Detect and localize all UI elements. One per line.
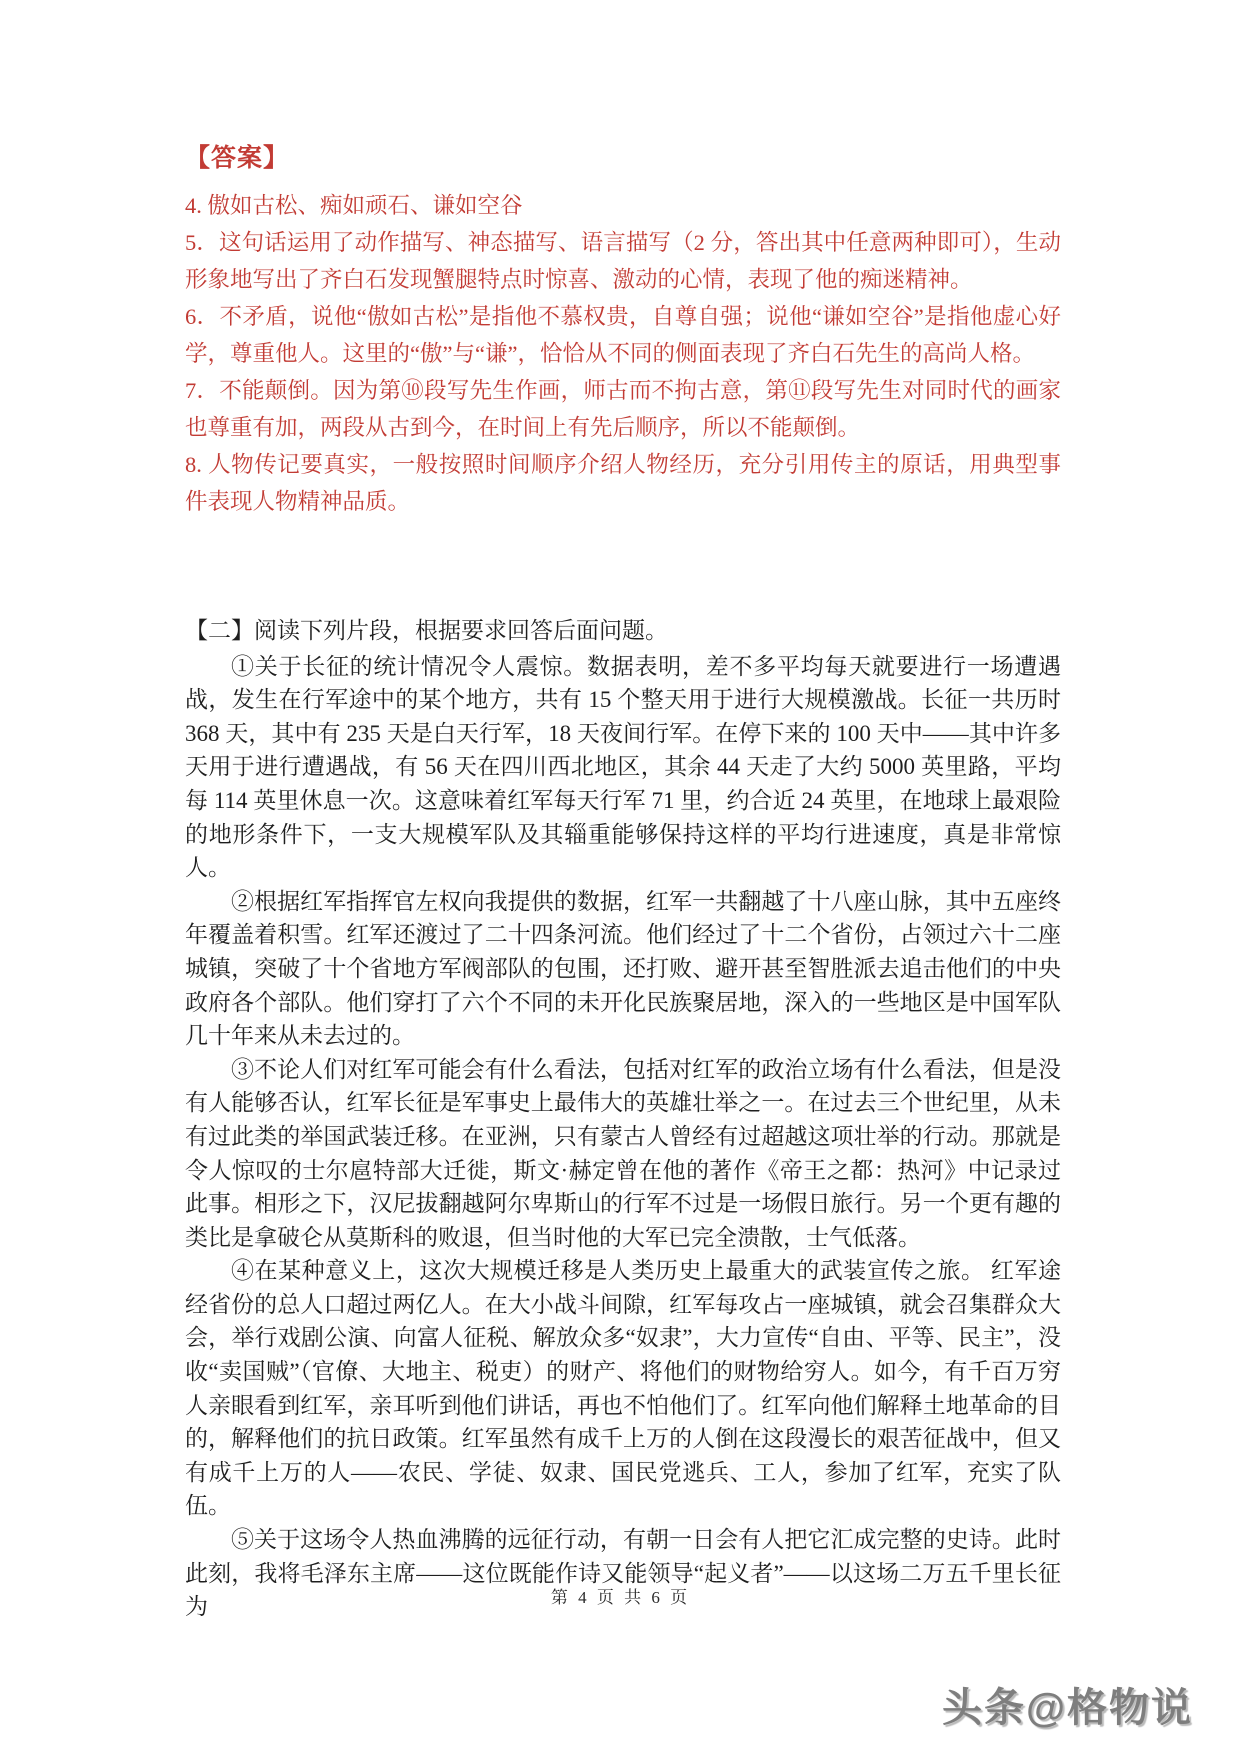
page-footer: 第 4 页 共 6 页	[0, 1583, 1241, 1608]
answers-heading: 【答案】	[185, 140, 1061, 177]
reading-paragraph-5: ⑤关于这场令人热血沸腾的远征行动，有朝一日会有人把它汇成完整的史诗。此时此刻，我…	[185, 1523, 1061, 1624]
answer-item-6: 6．不矛盾，说他“傲如古松”是指他不慕权贵，自尊自强；说他“谦如空谷”是指他虚心…	[185, 298, 1061, 372]
reading-section: 【二】阅读下列片段，根据要求回答后面问题。 ①关于长征的统计情况令人震惊。数据表…	[185, 614, 1061, 1624]
page-content: 【答案】 4. 傲如古松、痴如顽石、谦如空谷 5．这句话运用了动作描写、神态描写…	[185, 140, 1061, 1624]
reading-paragraph-4: ④在某种意义上，这次大规模迁移是人类历史上最重大的武装宣传之旅。 红军途经省份的…	[185, 1254, 1061, 1523]
answer-item-4: 4. 傲如古松、痴如顽石、谦如空谷	[185, 187, 1061, 224]
watermark: 头条@格物说	[942, 1676, 1193, 1733]
reading-paragraph-2: ②根据红军指挥官左权向我提供的数据，红军一共翻越了十八座山脉，其中五座终年覆盖着…	[185, 885, 1061, 1053]
answer-item-5: 5．这句话运用了动作描写、神态描写、语言描写（2 分，答出其中任意两种即可），生…	[185, 224, 1061, 298]
reading-paragraph-3: ③不论人们对红军可能会有什么看法，包括对红军的政治立场有什么看法，但是没有人能够…	[185, 1053, 1061, 1255]
reading-paragraph-1: ①关于长征的统计情况令人震惊。数据表明，差不多平均每天就要进行一场遭遇战，发生在…	[185, 650, 1061, 885]
reading-heading: 【二】阅读下列片段，根据要求回答后面问题。	[185, 614, 1061, 648]
answer-item-7: 7．不能颠倒。因为第⑩段写先生作画，师古而不拘古意，第⑪段写先生对同时代的画家也…	[185, 372, 1061, 446]
answers-section: 【答案】 4. 傲如古松、痴如顽石、谦如空谷 5．这句话运用了动作描写、神态描写…	[185, 140, 1061, 520]
document-page: 【答案】 4. 傲如古松、痴如顽石、谦如空谷 5．这句话运用了动作描写、神态描写…	[0, 0, 1241, 1754]
answer-item-8: 8. 人物传记要真实，一般按照时间顺序介绍人物经历，充分引用传主的原话，用典型事…	[185, 446, 1061, 520]
